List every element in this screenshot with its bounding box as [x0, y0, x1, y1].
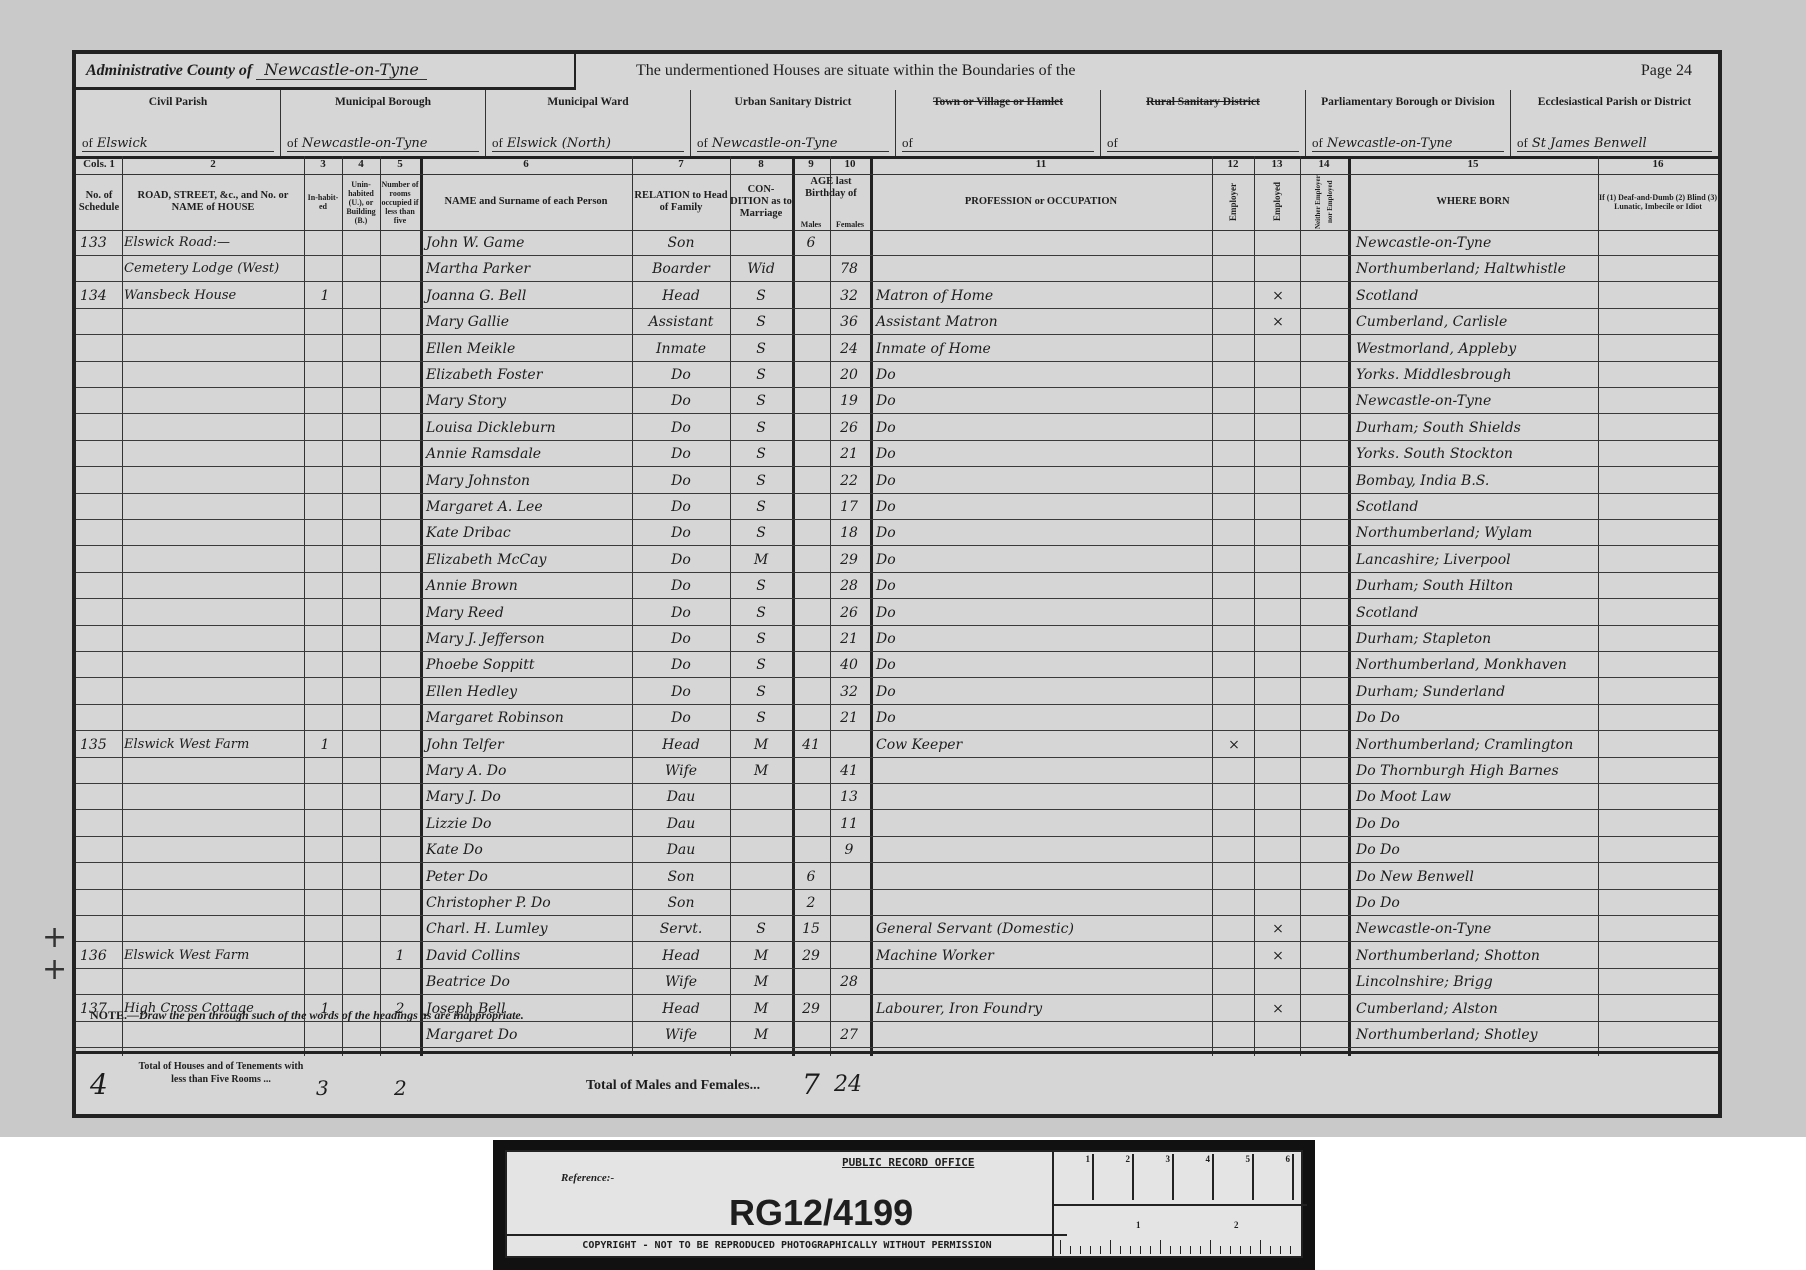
employed-mark [1256, 760, 1300, 782]
road-or-house-name [124, 602, 294, 624]
column-number: 14 [1300, 158, 1348, 170]
occupation [876, 1024, 1206, 1046]
age-female: 26 [832, 417, 866, 439]
employed-mark [1256, 549, 1300, 571]
where-born: Durham; Stapleton [1356, 628, 1596, 650]
houses-inhabited [308, 681, 342, 703]
neither-mark [1302, 971, 1346, 993]
neither-mark [1302, 549, 1346, 571]
occupation: Do [876, 470, 1206, 492]
rooms-occupied [382, 892, 418, 914]
rooms-occupied [382, 760, 418, 782]
relation-to-head: Do [636, 654, 726, 676]
houses-inhabited [308, 496, 342, 518]
where-born: Scotland [1356, 496, 1596, 518]
table-row: 133Elswick Road:—John W. GameSon6Newcast… [76, 230, 1718, 256]
where-born: Bombay, India B.S. [1356, 470, 1596, 492]
occupation: Do [876, 575, 1206, 597]
neither-mark [1302, 390, 1346, 412]
header-name: NAME and Surname of each Person [420, 174, 632, 230]
neither-mark [1302, 866, 1346, 888]
employer-mark [1214, 813, 1254, 835]
age-male [794, 417, 828, 439]
where-born: Do New Benwell [1356, 866, 1596, 888]
marital-condition: M [732, 945, 790, 967]
marital-condition: M [732, 971, 790, 993]
employer-mark [1214, 443, 1254, 465]
houses-inhabited [308, 364, 342, 386]
road-or-house-name [124, 443, 294, 465]
scale-ruler: 1 2 3 4 5 6 1 2 [1052, 1152, 1307, 1256]
age-male: 29 [794, 998, 828, 1020]
district-rural-sanitary: Rural Sanitary District of [1101, 90, 1306, 156]
header-condition: CON-DITION as to Marriage [730, 174, 792, 230]
ruler-mark: 5 [1214, 1154, 1254, 1200]
ruler-tick [1100, 1246, 1101, 1254]
schedule-number: 134 [80, 285, 120, 307]
houses-inhabited [308, 311, 342, 333]
column-number-row: Cols. 1 2 3 4 5 6 7 8 9 10 11 12 13 14 1… [76, 156, 1718, 175]
ruler-tick [1220, 1246, 1221, 1254]
of-label: of [82, 135, 93, 150]
rooms-occupied [382, 1024, 418, 1046]
header-males: Males [792, 218, 830, 230]
neither-mark [1302, 734, 1346, 756]
employer-mark [1214, 1024, 1254, 1046]
road-or-house-name: Cemetery Lodge (West) [124, 258, 294, 280]
ruler-mark: 4 [1174, 1154, 1214, 1200]
total-rooms: 2 [394, 1076, 407, 1100]
header-text: Unin-habited (U.), or Building (B.) [342, 180, 380, 225]
employer-mark [1214, 654, 1254, 676]
table-row: Ellen MeikleInmateS24Inmate of HomeWestm… [76, 336, 1718, 362]
age-male [794, 496, 828, 518]
age-male [794, 575, 828, 597]
schedule-number: 135 [80, 734, 120, 756]
district-label: Parliamentary Borough or Division [1306, 90, 1510, 109]
header-text: In-habit-ed [304, 193, 342, 211]
schedule-number [80, 496, 120, 518]
road-or-house-name [124, 628, 294, 650]
ruler-tick [1280, 1246, 1281, 1254]
neither-mark [1302, 681, 1346, 703]
employer-mark [1214, 628, 1254, 650]
rooms-occupied [382, 338, 418, 360]
table-row: Peter DoSon6Do New Benwell [76, 864, 1718, 890]
marital-condition: S [732, 417, 790, 439]
age-male [794, 522, 828, 544]
age-male [794, 470, 828, 492]
where-born: Northumberland; Haltwhistle [1356, 258, 1596, 280]
of-label: of [902, 135, 913, 150]
age-female [832, 734, 866, 756]
table-row: Phoebe SoppittDoS40DoNorthumberland, Mon… [76, 652, 1718, 678]
ruler-tick [1240, 1246, 1241, 1254]
table-row: Annie RamsdaleDoS21DoYorks. South Stockt… [76, 441, 1718, 467]
road-or-house-name [124, 338, 294, 360]
relation-to-head: Dau [636, 839, 726, 861]
occupation: Do [876, 707, 1206, 729]
houses-inhabited [308, 1024, 342, 1046]
age-female [832, 998, 866, 1020]
ruler-tick [1110, 1240, 1111, 1254]
district-municipal-borough: Municipal Borough ofNewcastle-on-Tyne [281, 90, 486, 156]
schedule-number [80, 390, 120, 412]
houses-uninhabited [344, 866, 380, 888]
rooms-occupied [382, 971, 418, 993]
houses-uninhabited [344, 602, 380, 624]
houses-uninhabited [344, 443, 380, 465]
relation-to-head: Head [636, 734, 726, 756]
table-row: Mary A. DoWifeM41Do Thornburgh High Barn… [76, 758, 1718, 784]
column-number: 5 [380, 158, 420, 170]
schedule-number [80, 443, 120, 465]
table-row: Louisa DickleburnDoS26DoDurham; South Sh… [76, 415, 1718, 441]
schedule-number [80, 681, 120, 703]
neither-mark [1302, 628, 1346, 650]
houses-uninhabited [344, 364, 380, 386]
of-label: of [697, 135, 708, 150]
marital-condition: S [732, 443, 790, 465]
marital-condition: S [732, 285, 790, 307]
occupation: Do [876, 390, 1206, 412]
age-female [832, 892, 866, 914]
ruler-tick [1090, 1246, 1091, 1254]
relation-to-head: Do [636, 417, 726, 439]
rooms-occupied [382, 390, 418, 412]
relation-to-head: Do [636, 575, 726, 597]
age-female: 28 [832, 971, 866, 993]
rooms-occupied [382, 443, 418, 465]
footnote: NOTE.—Draw the pen through such of the w… [90, 1008, 524, 1023]
houses-uninhabited [344, 971, 380, 993]
road-or-house-name [124, 522, 294, 544]
column-number: 2 [122, 158, 304, 170]
employer-mark [1214, 971, 1254, 993]
neither-mark [1302, 522, 1346, 544]
district-value: Newcastle-on-Tyne [712, 136, 838, 151]
column-number: 3 [304, 158, 342, 170]
relation-to-head: Do [636, 602, 726, 624]
ruler-mark: 2 [1094, 1154, 1134, 1200]
where-born: Yorks. South Stockton [1356, 443, 1596, 465]
schedule-number [80, 311, 120, 333]
relation-to-head: Boarder [636, 258, 726, 280]
census-scan: + + Administrative County of Newcastle-o… [0, 0, 1806, 1137]
table-row: 134Wansbeck House1Joanna G. BellHeadS32M… [76, 283, 1718, 309]
relation-to-head: Do [636, 496, 726, 518]
neither-mark [1302, 311, 1346, 333]
age-male [794, 338, 828, 360]
houses-uninhabited [344, 496, 380, 518]
marital-condition: S [732, 496, 790, 518]
age-female: 40 [832, 654, 866, 676]
district-row: Civil Parish ofElswick Municipal Borough… [76, 90, 1718, 159]
marital-condition: M [732, 549, 790, 571]
relation-to-head: Head [636, 945, 726, 967]
schedule-number [80, 602, 120, 624]
houses-inhabited [308, 918, 342, 940]
relation-to-head: Do [636, 522, 726, 544]
age-female: 24 [832, 338, 866, 360]
header-text: If (1) Deaf-and-Dumb (2) Blind (3) Lunat… [1598, 193, 1718, 211]
relation-to-head: Do [636, 707, 726, 729]
employer-mark [1214, 602, 1254, 624]
road-or-house-name [124, 839, 294, 861]
houses-uninhabited [344, 232, 380, 254]
table-row: Margaret DoWifeM27Northumberland; Shotle… [76, 1022, 1718, 1048]
marital-condition: M [732, 734, 790, 756]
ruler-tick [1080, 1246, 1081, 1254]
houses-uninhabited [344, 918, 380, 940]
houses-inhabited [308, 866, 342, 888]
employed-mark: × [1256, 285, 1300, 307]
schedule-number [80, 628, 120, 650]
employer-mark [1214, 839, 1254, 861]
neither-mark [1302, 839, 1346, 861]
relation-to-head: Servt. [636, 918, 726, 940]
occupation [876, 892, 1206, 914]
total-houses-label: Total of Houses and of Tenements with le… [136, 1060, 306, 1086]
employed-mark: × [1256, 998, 1300, 1020]
employer-mark [1214, 285, 1254, 307]
age-female: 13 [832, 786, 866, 808]
age-male: 29 [794, 945, 828, 967]
ruler-tick [1290, 1246, 1291, 1254]
schedule-number [80, 470, 120, 492]
road-or-house-name [124, 892, 294, 914]
neither-mark [1302, 918, 1346, 940]
schedule-number [80, 417, 120, 439]
district-label: Town or Village or Hamlet [896, 90, 1100, 109]
table-row: Ellen HedleyDoS32DoDurham; Sunderland [76, 679, 1718, 705]
table-row: Lizzie DoDau11Do Do [76, 811, 1718, 837]
neither-mark [1302, 443, 1346, 465]
header-text: Females [836, 220, 864, 229]
district-urban-sanitary: Urban Sanitary District ofNewcastle-on-T… [691, 90, 896, 156]
houses-uninhabited [344, 311, 380, 333]
relation-to-head: Dau [636, 786, 726, 808]
rooms-occupied [382, 232, 418, 254]
employed-mark [1256, 786, 1300, 808]
employed-mark: × [1256, 918, 1300, 940]
where-born: Newcastle-on-Tyne [1356, 232, 1596, 254]
reference-number: RG12/4199 [729, 1192, 913, 1234]
of-label: of [492, 135, 503, 150]
where-born: Lancashire; Liverpool [1356, 549, 1596, 571]
age-male [794, 364, 828, 386]
marital-condition: M [732, 760, 790, 782]
employed-mark [1256, 575, 1300, 597]
occupation [876, 866, 1206, 888]
relation-to-head: Son [636, 892, 726, 914]
column-number: 11 [870, 158, 1212, 170]
header-text: Number of rooms occupied if less than fi… [380, 180, 420, 225]
neither-mark [1302, 470, 1346, 492]
rooms-occupied [382, 364, 418, 386]
houses-inhabited [308, 971, 342, 993]
houses-inhabited [308, 602, 342, 624]
occupation: Do [876, 681, 1206, 703]
table-row: Kate DribacDoS18DoNorthumberland; Wylam [76, 520, 1718, 546]
district-value: Newcastle-on-Tyne [1327, 136, 1453, 151]
neither-mark [1302, 892, 1346, 914]
ruler-tick [1070, 1246, 1071, 1254]
ruler-tick [1210, 1240, 1211, 1254]
employed-mark [1256, 734, 1300, 756]
table-row: Mary GallieAssistantS36Assistant Matron×… [76, 309, 1718, 335]
schedule-number [80, 1024, 120, 1046]
rooms-occupied [382, 681, 418, 703]
where-born: Lincolnshire; Brigg [1356, 971, 1596, 993]
header-text: Males [801, 220, 821, 229]
occupation [876, 232, 1206, 254]
marital-condition: S [732, 311, 790, 333]
where-born: Northumberland; Shotley [1356, 1024, 1596, 1046]
schedule-number [80, 654, 120, 676]
relation-to-head: Son [636, 232, 726, 254]
houses-inhabited [308, 549, 342, 571]
employer-mark [1214, 681, 1254, 703]
boundaries-heading: The undermentioned Houses are situate wi… [636, 62, 1075, 80]
age-male [794, 628, 828, 650]
rooms-occupied [382, 654, 418, 676]
ruler-tick [1160, 1240, 1161, 1254]
marital-condition: Wid [732, 258, 790, 280]
rooms-occupied [382, 786, 418, 808]
header-text: CON-DITION as to Marriage [730, 184, 792, 220]
employer-mark [1214, 918, 1254, 940]
where-born: Northumberland, Monkhaven [1356, 654, 1596, 676]
houses-inhabited [308, 839, 342, 861]
employer-mark [1214, 232, 1254, 254]
neither-mark [1302, 998, 1346, 1020]
schedule-number [80, 258, 120, 280]
reference-card: PUBLIC RECORD OFFICE Reference:- RG12/41… [493, 1140, 1315, 1270]
employed-mark [1256, 258, 1300, 280]
road-or-house-name [124, 813, 294, 835]
admin-county-label: Administrative County of [86, 62, 252, 79]
table-row: Cemetery Lodge (West)Martha ParkerBoarde… [76, 256, 1718, 282]
header-uninhabited: Unin-habited (U.), or Building (B.) [342, 174, 380, 230]
schedule-number [80, 522, 120, 544]
road-or-house-name [124, 918, 294, 940]
of-label: of [1312, 135, 1323, 150]
ruler-mark: 6 [1254, 1154, 1294, 1200]
neither-mark [1302, 654, 1346, 676]
age-male [794, 311, 828, 333]
header-relation: RELATION to Head of Family [632, 174, 730, 230]
marital-condition: S [732, 470, 790, 492]
occupation: Matron of Home [876, 285, 1206, 307]
marital-condition [732, 232, 790, 254]
where-born: Do Do [1356, 839, 1596, 861]
marital-condition: S [732, 918, 790, 940]
district-value: Newcastle-on-Tyne [302, 136, 428, 151]
header-rooms: Number of rooms occupied if less than fi… [380, 174, 420, 230]
occupation: Do [876, 496, 1206, 518]
road-or-house-name [124, 760, 294, 782]
where-born: Do Do [1356, 892, 1596, 914]
schedule-number [80, 338, 120, 360]
schedule-number [80, 918, 120, 940]
table-row: Annie BrownDoS28DoDurham; South Hilton [76, 573, 1718, 599]
marital-condition: S [732, 707, 790, 729]
district-ecclesiastical-parish: Ecclesiastical Parish or District ofSt J… [1511, 90, 1718, 156]
age-male [794, 654, 828, 676]
age-male [794, 813, 828, 835]
occupation: Do [876, 522, 1206, 544]
employed-mark [1256, 839, 1300, 861]
rooms-occupied [382, 866, 418, 888]
employed-mark [1256, 390, 1300, 412]
where-born: Northumberland; Shotton [1356, 945, 1596, 967]
road-or-house-name: Wansbeck House [124, 285, 294, 307]
employer-mark [1214, 390, 1254, 412]
occupation: Do [876, 364, 1206, 386]
age-female: 26 [832, 602, 866, 624]
column-number: 10 [830, 158, 870, 170]
ruler-tick [1230, 1246, 1231, 1254]
schedule-number [80, 364, 120, 386]
neither-mark [1302, 285, 1346, 307]
reference-label: Reference:- [561, 1172, 614, 1184]
header-text: AGE last Birthday of [792, 176, 870, 200]
header-text: RELATION to Head of Family [632, 190, 730, 214]
age-female [832, 918, 866, 940]
neither-mark [1302, 496, 1346, 518]
table-row: Beatrice DoWifeM28Lincolnshire; Brigg [76, 969, 1718, 995]
age-male [794, 681, 828, 703]
district-town-village-hamlet: Town or Village or Hamlet of [896, 90, 1101, 156]
houses-uninhabited [344, 734, 380, 756]
ruler-mark: 3 [1134, 1154, 1174, 1200]
rooms-occupied [382, 258, 418, 280]
relation-to-head: Do [636, 364, 726, 386]
houses-uninhabited [344, 522, 380, 544]
table-row: Elizabeth McCayDoM29DoLancashire; Liverp… [76, 547, 1718, 573]
rooms-occupied [382, 813, 418, 835]
age-female [832, 945, 866, 967]
district-label: Civil Parish [76, 90, 280, 109]
age-female: 21 [832, 707, 866, 729]
table-row: Kate DoDau9Do Do [76, 837, 1718, 863]
road-or-house-name: Elswick Road:— [124, 232, 294, 254]
occupation: Do [876, 549, 1206, 571]
header-employer: Employer [1212, 174, 1254, 230]
neither-mark [1302, 760, 1346, 782]
column-number: 16 [1598, 158, 1718, 170]
neither-mark [1302, 602, 1346, 624]
district-label: Municipal Ward [486, 90, 690, 109]
age-female: 41 [832, 760, 866, 782]
of-label: of [1517, 135, 1528, 150]
age-female: 32 [832, 285, 866, 307]
road-or-house-name [124, 549, 294, 571]
total-males: 7 [802, 1068, 820, 1101]
district-civil-parish: Civil Parish ofElswick [76, 90, 281, 156]
marital-condition: M [732, 998, 790, 1020]
relation-to-head: Wife [636, 760, 726, 782]
neither-mark [1302, 575, 1346, 597]
header-schedule: No. of Schedule [76, 174, 122, 230]
district-value: Elswick [97, 136, 148, 151]
header-text: ROAD, STREET, &c., and No. or NAME of HO… [122, 190, 304, 214]
where-born: Do Do [1356, 813, 1596, 835]
age-male [794, 602, 828, 624]
header-road: ROAD, STREET, &c., and No. or NAME of HO… [122, 174, 304, 230]
where-born: Do Thornburgh High Barnes [1356, 760, 1596, 782]
